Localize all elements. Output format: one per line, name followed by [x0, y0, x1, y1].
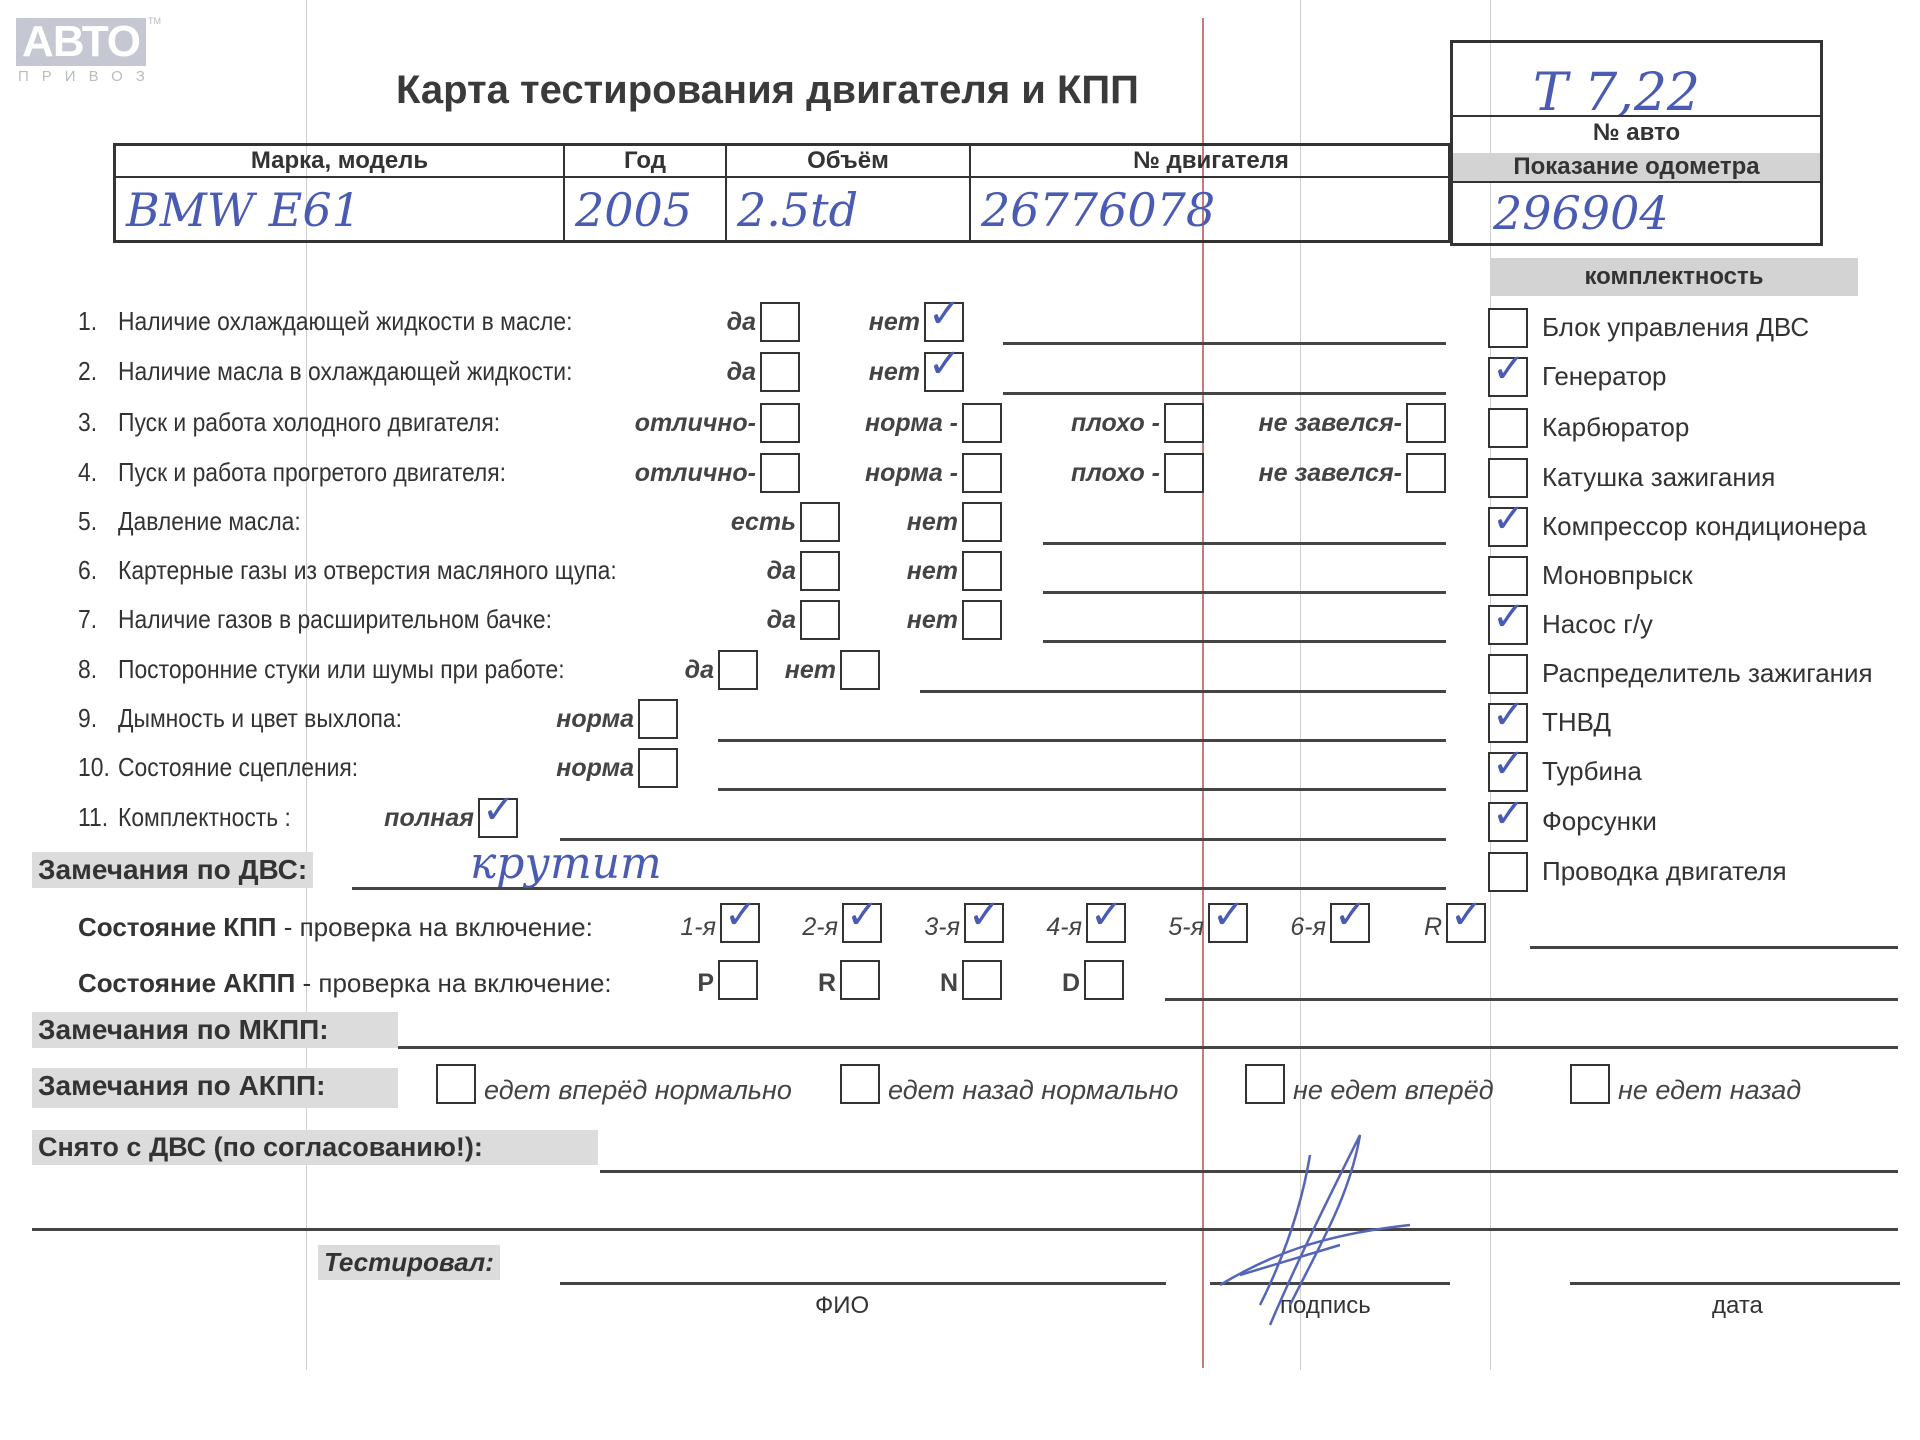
akpp-remark-label: не едет вперёд — [1293, 1075, 1494, 1106]
check-mark-icon: ✓ — [928, 294, 962, 334]
checkbox-q7-2[interactable] — [962, 600, 1002, 640]
checkbox-q6-2[interactable] — [962, 551, 1002, 591]
logo-main: АВТО — [22, 17, 140, 66]
akpp-remark-label: едет назад нормально — [888, 1075, 1178, 1106]
option-label: нет — [734, 358, 920, 387]
akpp-position-checkbox[interactable] — [962, 960, 1002, 1000]
year-value[interactable]: 2005 — [565, 180, 725, 240]
odometer-label: Показание одометра — [1453, 153, 1820, 181]
date-label: дата — [1712, 1292, 1763, 1320]
komplektnost-checkbox[interactable] — [1488, 308, 1528, 348]
volume-value[interactable]: 2.5td — [727, 180, 969, 240]
option-label: полная — [288, 804, 474, 833]
question-number: 4. — [78, 457, 97, 488]
gear-label: R — [1376, 913, 1442, 942]
gear-label: 1-я — [650, 913, 716, 942]
akpp-label-bold: Состояние АКПП — [78, 968, 295, 998]
engine-number-value[interactable]: 26776078 — [971, 180, 1451, 240]
notes-line — [1043, 542, 1446, 545]
gear-checkbox[interactable]: ✓ — [842, 903, 882, 943]
check-mark-icon: ✓ — [1492, 597, 1526, 637]
question-number: 11. — [78, 802, 108, 833]
checkbox-q8-2[interactable] — [840, 650, 880, 690]
page-title: Карта тестирования двигателя и КПП — [396, 68, 1139, 113]
komplektnost-checkbox[interactable]: ✓ — [1488, 357, 1528, 397]
header-label-year: Год — [565, 146, 725, 176]
option-label: норма - — [772, 459, 958, 488]
question-text: Картерные газы из отверстия масляного щу… — [118, 555, 617, 586]
check-mark-icon: ✓ — [1492, 794, 1526, 834]
gear-checkbox[interactable]: ✓ — [1208, 903, 1248, 943]
komplektnost-item: Форсунки — [1542, 806, 1657, 837]
checkbox-q11-1[interactable]: ✓ — [478, 798, 518, 838]
notes-line — [1003, 392, 1446, 395]
komplektnost-item: Карбюратор — [1542, 412, 1689, 443]
gear-label: 4-я — [1016, 913, 1082, 942]
gear-label: 2-я — [772, 913, 838, 942]
question-text: Комплектность : — [118, 802, 291, 833]
komplektnost-checkbox[interactable]: ✓ — [1488, 802, 1528, 842]
tested-by-label: Тестировал: — [318, 1245, 500, 1280]
check-mark-icon: ✓ — [1334, 895, 1368, 935]
komplektnost-checkbox[interactable]: ✓ — [1488, 507, 1528, 547]
question-text: Наличие охлаждающей жидкости в масле: — [118, 306, 572, 337]
question-number: 10. — [78, 752, 110, 783]
header-label-model: Марка, модель — [116, 146, 563, 176]
gear-label: 5-я — [1138, 913, 1204, 942]
notes-line — [1003, 342, 1446, 345]
question-text: Состояние сцепления: — [118, 752, 358, 783]
logo: АВТО — [16, 18, 146, 66]
check-mark-icon: ✓ — [724, 895, 758, 935]
komplektnost-checkbox[interactable] — [1488, 458, 1528, 498]
question-number: 7. — [78, 604, 97, 635]
position-label: R — [800, 969, 836, 998]
option-label: да — [570, 358, 756, 387]
komplektnost-checkbox[interactable] — [1488, 852, 1528, 892]
komplektnost-checkbox[interactable] — [1488, 654, 1528, 694]
fio-line[interactable] — [560, 1282, 1166, 1285]
akpp-remark-checkbox[interactable] — [436, 1064, 476, 1104]
model-value[interactable]: BMW E61 — [116, 180, 563, 240]
checkbox-q1-2[interactable]: ✓ — [924, 302, 964, 342]
komplektnost-item: Блок управления ДВС — [1542, 312, 1809, 343]
option-label: норма — [448, 705, 634, 734]
position-label: P — [678, 969, 714, 998]
check-mark-icon: ✓ — [928, 344, 962, 384]
komplektnost-item: Моновпрыск — [1542, 560, 1693, 591]
gear-label: 6-я — [1260, 913, 1326, 942]
komplektnost-item: Турбина — [1542, 756, 1642, 787]
gear-checkbox[interactable]: ✓ — [720, 903, 760, 943]
header-label-volume: Объём — [727, 146, 969, 176]
check-mark-icon: ✓ — [1492, 349, 1526, 389]
akpp-remark-checkbox[interactable] — [840, 1064, 880, 1104]
option-label: нет — [772, 508, 958, 537]
option-label: нет — [772, 606, 958, 635]
fio-label: ФИО — [815, 1292, 869, 1320]
kpp-label: Состояние КПП - проверка на включение: — [78, 912, 593, 943]
question-text: Наличие газов в расширительном бачке: — [118, 604, 552, 635]
gear-checkbox[interactable]: ✓ — [1086, 903, 1126, 943]
kpp-notes-line — [1530, 946, 1898, 949]
dvs-remarks-label: Замечания по ДВС: — [32, 852, 313, 888]
komplektnost-checkbox[interactable]: ✓ — [1488, 703, 1528, 743]
option-label: норма — [448, 754, 634, 783]
date-line[interactable] — [1570, 1282, 1900, 1285]
option-label: норма - — [772, 409, 958, 438]
removed-label: Снято с ДВС (по согласованию!): — [32, 1130, 598, 1165]
check-mark-icon: ✓ — [1450, 895, 1484, 935]
komplektnost-header: комплектность — [1490, 258, 1858, 296]
akpp-label: Состояние АКПП - проверка на включение: — [78, 968, 612, 999]
logo-trademark: TM — [148, 16, 161, 26]
akpp-label-rest: - проверка на включение: — [295, 968, 611, 998]
komplektnost-checkbox[interactable] — [1488, 408, 1528, 448]
notes-line — [1043, 591, 1446, 594]
komplektnost-item: ТНВД — [1542, 707, 1611, 738]
option-label: нет — [650, 656, 836, 685]
checkbox-q3-3[interactable] — [1164, 403, 1204, 443]
option-label: да — [610, 606, 796, 635]
gear-checkbox[interactable]: ✓ — [1330, 903, 1370, 943]
option-label: плохо - — [974, 409, 1160, 438]
komplektnost-item: Генератор — [1542, 361, 1667, 392]
check-mark-icon: ✓ — [482, 790, 516, 830]
question-text: Пуск и работа холодного двигателя: — [118, 407, 500, 438]
komplektnost-item: Распределитель зажигания — [1542, 658, 1873, 689]
question-text: Давление масла: — [118, 506, 301, 537]
header-label-engine-number: № двигателя — [971, 146, 1451, 176]
check-mark-icon: ✓ — [1492, 499, 1526, 539]
removed-line-2 — [32, 1228, 1898, 1231]
kpp-label-rest: - проверка на включение: — [277, 912, 593, 942]
checkbox-q3-4[interactable] — [1406, 403, 1446, 443]
check-mark-icon: ✓ — [968, 895, 1002, 935]
akpp-position-checkbox[interactable] — [1084, 960, 1124, 1000]
notes-line — [718, 788, 1446, 791]
option-label: есть — [610, 508, 796, 537]
check-mark-icon: ✓ — [1212, 895, 1246, 935]
check-mark-icon: ✓ — [846, 895, 880, 935]
question-number: 6. — [78, 555, 97, 586]
komplektnost-checkbox[interactable]: ✓ — [1488, 752, 1528, 792]
auto-number-label: № авто — [1453, 119, 1820, 147]
gear-checkbox[interactable]: ✓ — [1446, 903, 1486, 943]
question-text: Дымность и цвет выхлопа: — [118, 703, 402, 734]
mkpp-remarks-line — [398, 1046, 1898, 1049]
question-text: Пуск и работа прогретого двигателя: — [118, 457, 506, 488]
option-label: плохо - — [974, 459, 1160, 488]
akpp-remarks-label: Замечания по АКПП: — [32, 1068, 398, 1108]
komplektnost-item: Проводка двигателя — [1542, 856, 1787, 887]
check-mark-icon: ✓ — [1090, 895, 1124, 935]
odometer-value[interactable]: 296904 — [1493, 183, 1669, 243]
question-text: Наличие масла в охлаждающей жидкости: — [118, 356, 572, 387]
auto-number-box: T 7,22 № авто Показание одометра 296904 — [1450, 40, 1823, 246]
akpp-remark-label: едет вперёд нормально — [484, 1075, 792, 1106]
option-label: да — [610, 557, 796, 586]
question-number: 1. — [78, 306, 97, 337]
komplektnost-item: Насос г/у — [1542, 609, 1653, 640]
akpp-notes-line — [1165, 998, 1898, 1001]
komplektnost-checkbox[interactable]: ✓ — [1488, 605, 1528, 645]
komplektnost-item: Компрессор кондиционера — [1542, 511, 1867, 542]
akpp-position-checkbox[interactable] — [718, 960, 758, 1000]
checkbox-q4-4[interactable] — [1406, 453, 1446, 493]
logo-subtitle: ПРИВОЗ — [18, 68, 158, 85]
option-label: да — [570, 308, 756, 337]
check-mark-icon: ✓ — [1492, 744, 1526, 784]
komplektnost-item: Катушка зажигания — [1542, 462, 1775, 493]
position-label: N — [922, 969, 958, 998]
checkbox-q4-3[interactable] — [1164, 453, 1204, 493]
option-label: нет — [734, 308, 920, 337]
option-label: отлично- — [570, 409, 756, 438]
auto-number-value[interactable]: T 7,22 — [1533, 63, 1700, 123]
notes-line — [560, 838, 1446, 841]
position-label: D — [1044, 969, 1080, 998]
question-text: Посторонние стуки или шумы при работе: — [118, 654, 565, 685]
kpp-label-bold: Состояние КПП — [78, 912, 277, 942]
option-label: не завелся- — [1216, 459, 1402, 488]
akpp-remark-checkbox[interactable] — [1570, 1064, 1610, 1104]
question-number: 8. — [78, 654, 97, 685]
option-label: не завелся- — [1216, 409, 1402, 438]
gear-checkbox[interactable]: ✓ — [964, 903, 1004, 943]
check-mark-icon: ✓ — [1492, 695, 1526, 735]
checkbox-q9-1[interactable] — [638, 699, 678, 739]
notes-line — [718, 739, 1446, 742]
question-number: 5. — [78, 506, 97, 537]
dvs-remarks-value[interactable]: крутит — [470, 838, 662, 889]
option-label: нет — [772, 557, 958, 586]
komplektnost-checkbox[interactable] — [1488, 556, 1528, 596]
checkbox-q10-1[interactable] — [638, 748, 678, 788]
odometer-header: Показание одометра — [1453, 153, 1820, 183]
checkbox-q5-2[interactable] — [962, 502, 1002, 542]
question-number: 9. — [78, 703, 97, 734]
option-label: отлично- — [570, 459, 756, 488]
gear-label: 3-я — [894, 913, 960, 942]
question-number: 3. — [78, 407, 97, 438]
question-number: 2. — [78, 356, 97, 387]
akpp-remark-checkbox[interactable] — [1245, 1064, 1285, 1104]
mkpp-remarks-label: Замечания по МКПП: — [32, 1012, 398, 1048]
divider — [1453, 115, 1820, 117]
checkbox-q2-2[interactable]: ✓ — [924, 352, 964, 392]
akpp-remark-label: не едет назад — [1618, 1075, 1801, 1106]
akpp-position-checkbox[interactable] — [840, 960, 880, 1000]
signature-scribble — [1210, 1115, 1430, 1335]
vehicle-info-table: Марка, модель BMW E61 Год 2005 Объём 2.5… — [113, 143, 1451, 243]
notes-line — [920, 690, 1446, 693]
notes-line — [1043, 640, 1446, 643]
